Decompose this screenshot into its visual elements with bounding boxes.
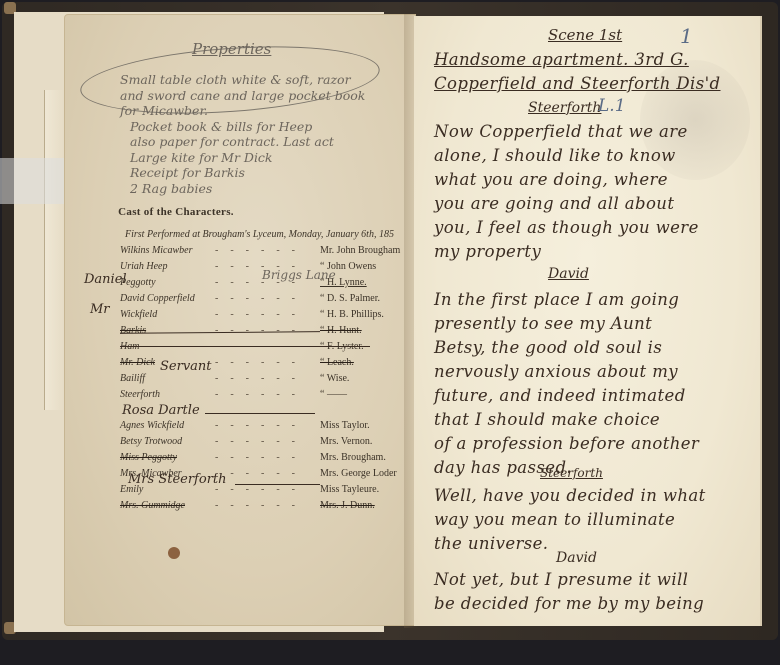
scene-title: Scene 1st [548,26,622,44]
cast-row: Miss Peggotty------Mrs. Brougham. [120,452,410,468]
properties-line: Small table cloth white & soft, razor [120,72,380,88]
margin-note-daniel: Daniel [84,272,127,287]
cast-row: Mrs. Gummidge------Mrs. J. Dunn. [120,500,410,516]
dialogue-line: of a profession before another [434,434,699,453]
strike-line [120,346,370,347]
page-number: 1 [680,24,693,48]
cast-actor: Mrs. Vernon. [320,436,372,447]
dialogue-line: alone, I should like to know [434,146,676,165]
cast-row: Wickfield------“ H. B. Phillips. [120,309,410,325]
cast-role: Wickfield [120,309,157,320]
cast-role: Agnes Wickfield [120,420,184,431]
cast-role: David Copperfield [120,293,195,304]
cast-actor: “ Wise. [320,373,349,384]
properties-line: 2 Rag babies [120,181,380,197]
cast-actor: “ H. Hunt. [320,325,362,336]
dialogue-line: you are going and all about [434,194,674,213]
cast-actor: “ H. B. Phillips. [320,309,384,320]
setting-line: Handsome apartment. 3rd G. [434,50,689,69]
cast-subtitle: First Performed at Brougham's Lyceum, Mo… [125,229,394,240]
dialogue-line: In the first place I am going [434,290,679,309]
cast-actor: Miss Tayleure. [320,484,379,495]
properties-line: and sword cane and large pocket book [120,88,380,104]
cast-role: Mrs. Gummidge [120,500,185,511]
dialogue-line: you, I feel as though you were [434,218,699,237]
discovery-line: Copperfield and Steerforth Dis'd [434,74,721,93]
cast-row: Bailiff------“ Wise. [120,373,410,389]
dialogue-line: what you are doing, where [434,170,668,189]
cue-mark: L.1 [598,96,626,116]
cast-actor: “ D. S. Palmer. [320,293,380,304]
margin-note-mr: Mr [90,302,110,317]
properties-line: Pocket book & bills for Heep [120,119,380,135]
properties-title: Properties [192,40,271,58]
dialogue-line: Betsy, the good old soul is [434,338,662,357]
cast-row: Agnes Wickfield------Miss Taylor. [120,420,410,436]
cast-actor: “ Leach. [320,357,354,368]
cast-row: Betsy Trotwood------Mrs. Vernon. [120,436,410,452]
cast-actor: Mrs. George Loder [320,468,397,479]
speaker-name: Steerforth [528,100,601,116]
pencil-note: Briggs Lane [262,268,336,282]
cast-role: Uriah Heep [120,261,168,272]
cast-actor: Mrs. Brougham. [320,452,386,463]
cast-row: Ham------“ F. Lyster. [120,341,410,357]
dialogue-line: be decided for me by my being [434,594,704,613]
handwritten-mrs-steerforth: Mrs Steerforth [128,472,227,487]
properties-line: for Micawber. [120,103,380,119]
speaker-name: David [548,266,589,282]
cast-role: Mr. Dick [120,357,155,368]
handwritten-servant: Servant [160,359,212,374]
handwritten-rosa-dartle: Rosa Dartle [122,403,200,418]
cast-actor: Miss Taylor. [320,420,370,431]
dialogue-line: way you mean to illuminate [434,510,675,529]
properties-line: also paper for contract. Last act [120,134,380,150]
cast-role: Barkis [120,325,146,336]
dialogue-line: Well, have you decided in what [434,486,706,505]
cast-actor: “ —— [320,389,347,400]
cast-role: Betsy Trotwood [120,436,182,447]
ink-stain [168,547,180,559]
properties-line: Receipt for Barkis [120,165,380,181]
dialogue-line: the universe. [434,534,548,553]
dialogue-line: Not yet, but I presume it will [434,570,688,589]
cast-role: Steerforth [120,389,160,400]
dialogue-line: my property [434,242,541,261]
dialogue-line: nervously anxious about my [434,362,678,381]
cast-row: David Copperfield------“ D. S. Palmer. [120,293,410,309]
cast-role: Bailiff [120,373,145,384]
properties-line: Large kite for Mr Dick [120,150,380,166]
dialogue-line: Now Copperfield that we are [434,122,688,141]
speaker-name: Steerforth [540,466,603,480]
dialogue-line: future, and indeed intimated [434,386,686,405]
cast-row: Wilkins Micawber------Mr. John Brougham [120,245,410,261]
cast-role: Miss Peggotty [120,452,177,463]
ink-line [205,413,315,414]
properties-list: Small table cloth white & soft, razor an… [120,72,380,196]
cast-role: Wilkins Micawber [120,245,193,256]
cast-actor: Mrs. J. Dunn. [320,500,375,511]
manuscript-photo: Properties Small table cloth white & sof… [0,0,780,665]
cast-actor: Mr. John Brougham [320,245,400,256]
dialogue-line: that I should make choice [434,410,660,429]
speaker-name: David [556,550,597,566]
ink-line [235,484,320,485]
dialogue-line: presently to see my Aunt [434,314,652,333]
cast-title: Cast of the Characters. [0,206,352,218]
